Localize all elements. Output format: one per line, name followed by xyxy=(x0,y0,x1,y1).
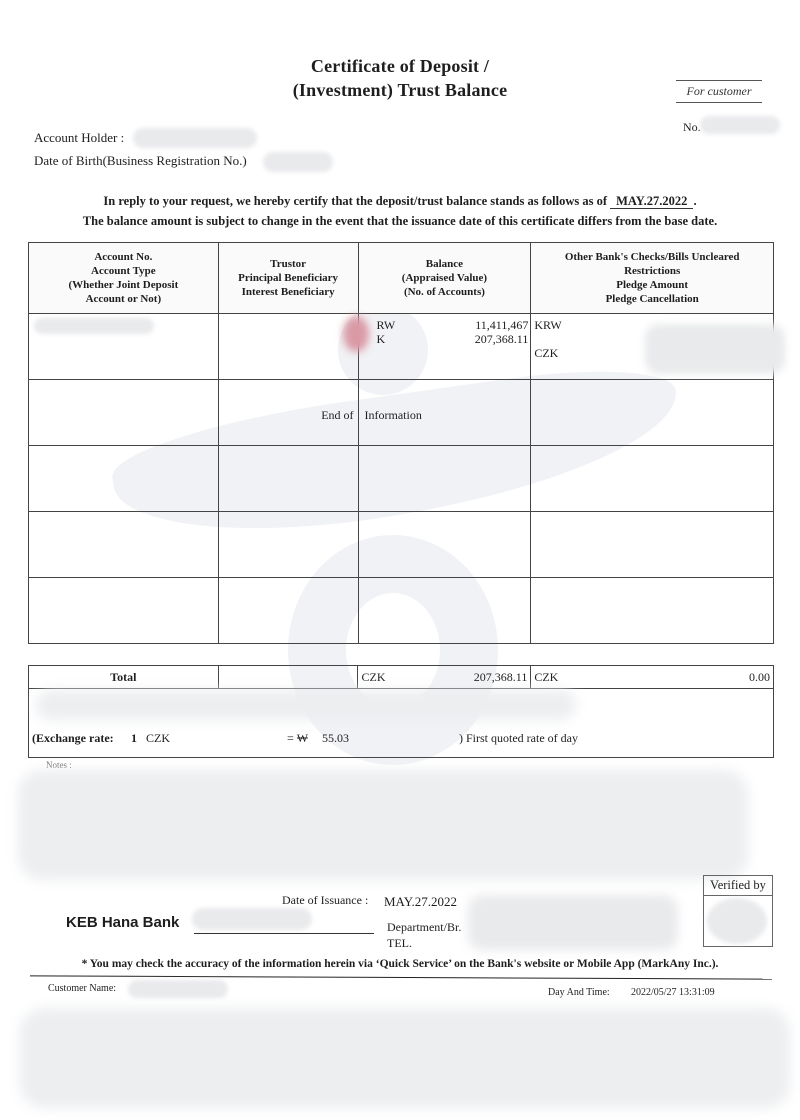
total-details-redacted xyxy=(36,690,576,720)
empty-cell xyxy=(29,446,219,512)
certificate-no-redacted xyxy=(700,116,780,134)
total-other-cell: CZK 0.00 xyxy=(531,666,774,689)
bank-name: KEB Hana Bank xyxy=(66,914,179,931)
department-label: Department/Br. xyxy=(387,920,461,935)
empty-cell xyxy=(531,578,774,644)
signature-line xyxy=(194,933,374,934)
notes-label: Notes : xyxy=(46,760,72,770)
intro-suffix: . xyxy=(693,194,696,208)
total-label: Total xyxy=(29,666,219,689)
customer-name-redacted xyxy=(128,980,228,998)
exchange-currency: CZK xyxy=(146,731,170,746)
footer-redacted xyxy=(20,1008,790,1108)
currency-2: K xyxy=(377,332,386,346)
total-currency: CZK xyxy=(361,670,385,685)
footer-divider xyxy=(30,975,772,979)
other-info-redacted xyxy=(645,324,785,374)
exchange-unit: 1 xyxy=(131,731,137,746)
empty-cell xyxy=(358,446,531,512)
stamp-redacted xyxy=(343,316,369,352)
exchange-equals: = ₩ xyxy=(287,731,308,746)
header-account: Account No.Account Type (Whether Joint D… xyxy=(29,243,219,314)
account-no-redacted xyxy=(34,318,154,334)
empty-cell xyxy=(29,512,219,578)
branch-name-redacted xyxy=(192,908,312,930)
table-row xyxy=(29,512,774,578)
total-amount: 207,368.11 xyxy=(474,670,528,685)
verified-by-label: Verified by xyxy=(704,876,772,896)
exchange-rate: 55.03 xyxy=(322,731,349,746)
balance-table: Account No.Account Type (Whether Joint D… xyxy=(28,242,774,644)
day-time-label: Day And Time: xyxy=(548,987,610,998)
table-row: End of Information xyxy=(29,380,774,446)
issuance-date: MAY.27.2022 xyxy=(384,894,457,910)
total-row: Total CZK 207,368.11 CZK 0.00 xyxy=(29,666,774,689)
issuance-date-label: Date of Issuance : xyxy=(282,893,368,908)
total-table: Total CZK 207,368.11 CZK 0.00 xyxy=(28,665,774,689)
intro-line-2: The balance amount is subject to change … xyxy=(0,214,800,229)
base-date: MAY.27.2022 xyxy=(610,194,693,209)
empty-cell xyxy=(531,446,774,512)
empty-cell xyxy=(218,666,358,689)
total-other-amount: 0.00 xyxy=(749,670,770,685)
amount-1: 11,411,467 xyxy=(475,318,528,332)
empty-cell xyxy=(218,446,358,512)
notes-redacted xyxy=(18,770,748,880)
department-redacted xyxy=(468,895,678,950)
empty-cell xyxy=(358,578,531,644)
verification-disclaimer: * You may check the accuracy of the info… xyxy=(0,958,800,970)
dob-label: Date of Birth(Business Registration No.) xyxy=(34,153,247,169)
tel-label: TEL. xyxy=(387,936,412,951)
amount-2: 207,368.11 xyxy=(475,332,529,346)
empty-cell xyxy=(29,578,219,644)
intro-text: In reply to your request, we hereby cert… xyxy=(103,194,607,208)
exchange-label: (Exchange rate: xyxy=(32,731,114,746)
end-of-label: End of xyxy=(218,380,358,446)
day-time-value: 2022/05/27 13:31:09 xyxy=(631,987,715,998)
total-other-currency: CZK xyxy=(534,670,558,685)
header-trustor: TrustorPrincipal Beneficiary Interest Be… xyxy=(218,243,358,314)
table-header-row: Account No.Account Type (Whether Joint D… xyxy=(29,243,774,314)
total-balance-cell: CZK 207,368.11 xyxy=(358,666,531,689)
account-holder-redacted xyxy=(133,128,257,148)
intro-line-1: In reply to your request, we hereby cert… xyxy=(0,194,800,209)
account-holder-label: Account Holder : xyxy=(34,130,124,146)
currency-1: RW xyxy=(377,318,396,332)
information-label: Information xyxy=(358,380,531,446)
balance-cell: RW 11,411,467 K 207,368.11 xyxy=(358,314,531,380)
trustor-cell xyxy=(218,314,358,380)
title-line-1: Certificate of Deposit / xyxy=(0,54,800,78)
empty-cell xyxy=(531,380,774,446)
empty-cell xyxy=(531,512,774,578)
header-balance: Balance(Appraised Value) (No. of Account… xyxy=(358,243,531,314)
table-row xyxy=(29,578,774,644)
table-row xyxy=(29,446,774,512)
header-other: Other Bank's Checks/Bills UnclearedRestr… xyxy=(531,243,774,314)
empty-cell xyxy=(29,380,219,446)
empty-cell xyxy=(358,512,531,578)
copy-label: For customer xyxy=(676,80,762,103)
empty-cell xyxy=(218,512,358,578)
exchange-suffix: ) First quoted rate of day xyxy=(459,731,578,746)
verifier-stamp-redacted xyxy=(707,898,767,944)
empty-cell xyxy=(218,578,358,644)
dob-redacted xyxy=(263,152,333,172)
certificate-no-label: No. xyxy=(683,120,701,135)
customer-name-label: Customer Name: xyxy=(48,983,116,994)
